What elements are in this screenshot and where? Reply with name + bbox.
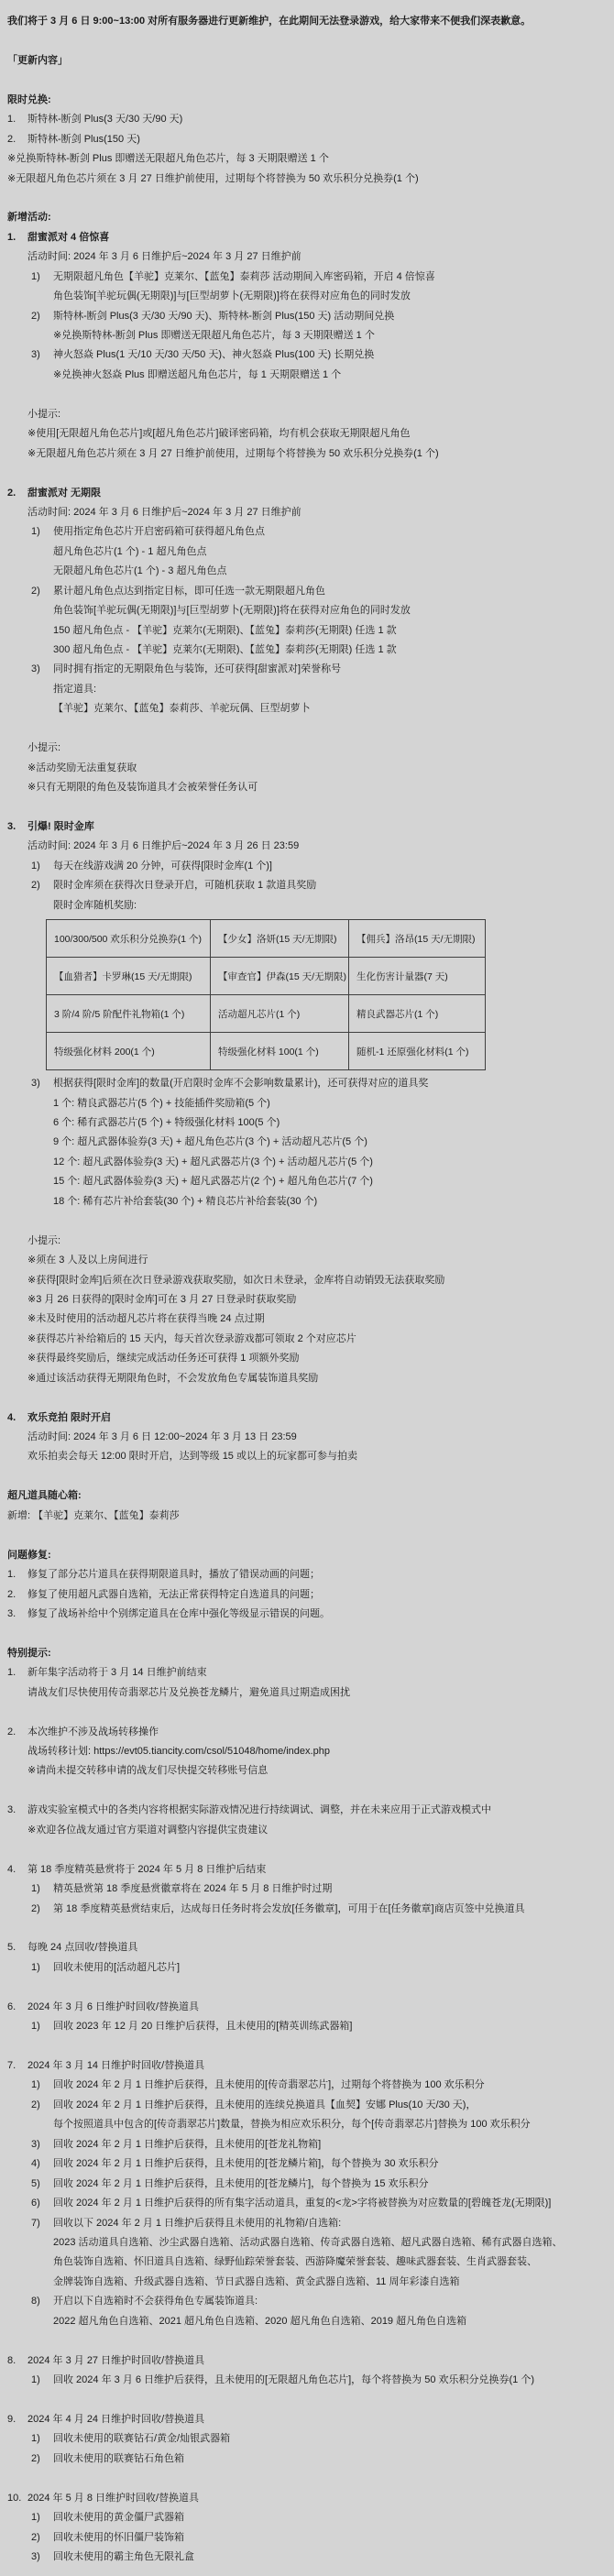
list-marker: 1. [7, 1663, 16, 1683]
list-marker: 1) [31, 857, 40, 876]
blank-line [0, 798, 614, 817]
doc-line: ※获得[限时金库]后须在次日登录游戏获取奖励，如次日未登录，金库将自动销毁无法获… [0, 1271, 614, 1290]
vault-rewards-table: 100/300/500 欢乐积分兑换券(1 个)【少女】洛妍(15 天/无期限)… [46, 919, 486, 1070]
line-text: 回收 2024 年 2 月 1 日维护后获得，且未使用的连续兑换道具【血契】安娜… [53, 2099, 476, 2110]
doc-line: 8.2024 年 3 月 27 日维护时回收/替换道具 [0, 2351, 614, 2371]
line-text: ※使用[无限超凡角色芯片]或[超凡角色芯片]破译密码箱，均有机会获取无期限超凡角… [27, 428, 410, 439]
line-text: ※只有无期限的角色及装饰道具才会被荣誉任务认可 [27, 782, 258, 793]
line-text: 回收以下 2024 年 2 月 1 日维护后获得且未使用的礼物箱/自选箱: [53, 2218, 341, 2229]
blank-line [0, 1781, 614, 1801]
line-text: 特别提示: [7, 1648, 51, 1659]
line-text: 欢乐拍卖会每天 12:00 限时开启，达到等级 15 或以上的玩家都可参与拍卖 [27, 1451, 357, 1462]
list-marker: 2) [31, 876, 40, 895]
doc-line: 小提示: [0, 739, 614, 758]
line-text: 神火怒焱 Plus(1 天/10 天/30 天/50 天)、神火怒焱 Plus(… [53, 349, 374, 360]
doc-line: ※只有无期限的角色及装饰道具才会被荣誉任务认可 [0, 778, 614, 797]
section-new-events: 新增活动: [0, 208, 614, 227]
doc-line: 1)回收未使用的联赛钻石/黄金/灿银武器箱 [0, 2429, 614, 2449]
blank-line [0, 2037, 614, 2056]
blank-line [0, 2331, 614, 2351]
list-marker: 1) [31, 2508, 40, 2527]
doc-line: 3)回收未使用的霸主角色无限礼盒 [0, 2548, 614, 2567]
doc-line: 10.2024 年 5 月 8 日维护时回收/替换道具 [0, 2489, 614, 2508]
line-text: 2023 活动道具自选箱、沙尘武器自选箱、活动武器自选箱、传奇武器自选箱、超凡武… [53, 2237, 563, 2248]
doc-line: 2)第 18 季度精英悬赏结束后，达成每日任务时将会发放[任务徽章]，可用于在[… [0, 1900, 614, 1919]
line-text: 300 超凡角色点 - 【羊驼】克莱尔(无期限)、【蓝兔】泰莉莎(无期限) 任选… [53, 644, 397, 655]
list-marker: 8) [31, 2292, 40, 2311]
doc-line: 2.修复了使用超凡武器自选箱，无法正常获得特定自选道具的问题； [0, 1585, 614, 1605]
list-marker: 7) [31, 2214, 40, 2233]
list-marker: 1) [31, 1880, 40, 1899]
list-marker: 4. [7, 1860, 16, 1880]
line-text: 6 个: 稀有武器芯片(5 个) + 特级强化材料 100(5 个) [53, 1117, 280, 1128]
doc-line: 1)回收未使用的黄金僵尸武器箱 [0, 2508, 614, 2527]
list-marker: 1) [31, 2371, 40, 2390]
line-text: 超凡道具随心箱: [7, 1490, 82, 1501]
blank-line [0, 31, 614, 50]
doc-line: ※兑换斯特林-断剑 Plus 即赠送无限超凡角色芯片，每 3 天期限赠送 1 个 [0, 149, 614, 169]
line-text: 小提示: [27, 742, 60, 753]
doc-line: 活动时间: 2024 年 3 月 6 日维护后~2024 年 3 月 26 日 … [0, 837, 614, 856]
doc-line: ※无限超凡角色芯片须在 3 月 27 日维护前使用，过期每个将替换为 50 欢乐… [0, 444, 614, 464]
list-marker: 6) [31, 2194, 40, 2213]
doc-line: 18 个: 稀有芯片补给套装(30 个) + 精良芯片补给套装(30 个) [0, 1192, 614, 1211]
line-text: 本次维护不涉及战场转移操作 [27, 1726, 159, 1737]
table-cell: 100/300/500 欢乐积分兑换券(1 个) [47, 920, 211, 958]
doc-line: 2)回收未使用的怀旧僵尸装饰箱 [0, 2528, 614, 2548]
line-text: 根据获得[限时金库]的数量(开启限时金库不会影响数量累计)，还可获得对应的道具奖 [53, 1078, 428, 1089]
line-text: 回收未使用的黄金僵尸武器箱 [53, 2512, 184, 2523]
blank-line [0, 1211, 614, 1231]
list-marker: 1) [31, 1958, 40, 1978]
line-text: 角色装饰[羊驼玩偶(无期限)]与[巨型胡萝卜(无期限)]将在获得对应角色的同时发… [53, 605, 411, 616]
line-text: 战场转移计划: https://evt05.tiancity.com/csol/… [27, 1746, 330, 1757]
line-text: ※请尚未提交转移申请的战友们尽快提交转移账号信息 [27, 1765, 268, 1776]
line-text: 每天在线游戏满 20 分钟，可获得[限时金库(1 个)] [53, 860, 272, 871]
line-text: 回收 2024 年 2 月 1 日维护后获得，且未使用的[传奇翡翠芯片]，过期每… [53, 2079, 485, 2090]
doc-line: 请战友们尽快使用传奇翡翠芯片及兑换苍龙鳞片，避免道具过期造成困扰 [0, 1683, 614, 1703]
blank-line [0, 1919, 614, 1938]
blank-line [0, 71, 614, 90]
blank-line [0, 189, 614, 208]
doc-line: 3)根据获得[限时金库]的数量(开启限时金库不会影响数量累计)，还可获得对应的道… [0, 1074, 614, 1093]
line-text: 角色装饰[羊驼玩偶(无期限)]与[巨型胡萝卜(无期限)]将在获得对应角色的同时发… [53, 290, 411, 301]
list-marker: 3. [7, 817, 16, 837]
doc-line: ※欢迎各位战友通过官方渠道对调整内容提供宝贵建议 [0, 1821, 614, 1840]
doc-line: 4)回收 2024 年 2 月 1 日维护后获得，且未使用的[苍龙鳞片箱]，每个… [0, 2154, 614, 2174]
line-text: 回收未使用的怀旧僵尸装饰箱 [53, 2532, 184, 2543]
blank-line [0, 1624, 614, 1643]
line-text: 小提示: [27, 1235, 60, 1246]
doc-line: ※获得最终奖励后，继续完成活动任务还可获得 1 项额外奖励 [0, 1349, 614, 1368]
line-text: 修复了使用超凡武器自选箱，无法正常获得特定自选道具的问题； [27, 1589, 320, 1600]
line-text: 新增活动: [7, 212, 51, 223]
doc-line: 1)回收 2024 年 3 月 6 日维护后获得，且未使用的[无限超凡角色芯片]… [0, 2371, 614, 2390]
line-text: 无期限超凡角色【羊驼】克莱尔、【蓝兔】泰莉莎 活动期间入库密码箱，开启 4 倍惊… [53, 271, 435, 282]
blank-line [0, 1467, 614, 1486]
doc-line: ※请尚未提交转移申请的战友们尽快提交转移账号信息 [0, 1761, 614, 1781]
doc-line: ※活动奖励无法重复获取 [0, 759, 614, 778]
doc-line: 150 超凡角色点 - 【羊驼】克莱尔(无期限)、【蓝兔】泰莉莎(无期限) 任选… [0, 621, 614, 641]
doc-line: 1 个: 精良武器芯片(5 个) + 技能插件奖励箱(5 个) [0, 1094, 614, 1113]
line-text: 第 18 季度精英悬赏结束后，达成每日任务时将会发放[任务徽章]，可用于在[任务… [53, 1903, 525, 1914]
table-cell: 随机-1 还原强化材料(1 个) [349, 1033, 486, 1070]
line-text: ※获得[限时金库]后须在次日登录游戏获取奖励，如次日未登录，金库将自动销毁无法获… [27, 1275, 444, 1286]
doc-line: 【羊驼】克莱尔、【蓝兔】泰莉莎、羊驼玩偶、巨型胡萝卜 [0, 699, 614, 718]
line-text: 同时拥有指定的无期限角色与装饰，还可获得[甜蜜派对]荣誉称号 [53, 663, 341, 674]
line-text: 限时兑换: [7, 94, 51, 105]
line-text: 2022 超凡角色自选箱、2021 超凡角色自选箱、2020 超凡角色自选箱、2… [53, 2316, 466, 2327]
event-4-title: 4.欢乐竞拍 限时开启 [0, 1409, 614, 1428]
doc-line: 6 个: 稀有武器芯片(5 个) + 特级强化材料 100(5 个) [0, 1113, 614, 1133]
blank-line [0, 719, 614, 739]
doc-line: 小提示: [0, 1232, 614, 1251]
list-marker: 1) [31, 268, 40, 287]
doc-line: ※兑换斯特林-断剑 Plus 即赠送无限超凡角色芯片，每 3 天期限赠送 1 个 [0, 326, 614, 345]
doc-line: ※通过该活动获得无期限角色时，不会发放角色专属装饰道具奖励 [0, 1369, 614, 1388]
line-text: 活动时间: 2024 年 3 月 6 日维护后~2024 年 3 月 27 日维… [27, 507, 302, 518]
list-marker: 4) [31, 2154, 40, 2174]
doc-line: 5)回收 2024 年 2 月 1 日维护后获得，且未使用的[苍龙鳞片]，每个替… [0, 2175, 614, 2194]
line-text: 每个按照道具中包含的[传奇翡翠芯片]数量，替换为相应欢乐积分，每个[传奇翡翠芯片… [53, 2119, 531, 2130]
line-text: 超凡角色芯片(1 个) - 1 超凡角色点 [53, 546, 206, 557]
table-cell: 特级强化材料 100(1 个) [211, 1033, 349, 1070]
line-text: 指定道具: [53, 684, 96, 695]
doc-line: 限时金库随机奖励: [0, 896, 614, 915]
line-text: ※获得最终奖励后，继续完成活动任务还可获得 1 项额外奖励 [27, 1353, 299, 1364]
doc-line: 7.2024 年 3 月 14 日维护时回收/替换道具 [0, 2056, 614, 2076]
list-marker: 10. [7, 2489, 21, 2508]
line-text: 15 个: 超凡武器体验券(3 天) + 超凡武器芯片(2 个) + 超凡角色芯… [53, 1176, 373, 1187]
line-text: 角色装饰自选箱、怀旧道具自选箱、绿野仙踪荣誉套装、西游降魔荣誉套装、趣味武器套装… [53, 2256, 537, 2267]
table-row: 【血猎者】卡罗琳(15 天/无期限)【审查官】伊森(15 天/无期限)生化伤害计… [47, 958, 486, 995]
event-2-title: 2.甜蜜派对 无期限 [0, 484, 614, 503]
doc-line: 每个按照道具中包含的[传奇翡翠芯片]数量，替换为相应欢乐积分，每个[传奇翡翠芯片… [0, 2115, 614, 2134]
doc-line: 3)回收 2024 年 2 月 1 日维护后获得，且未使用的[苍龙礼物箱] [0, 2135, 614, 2154]
line-text: 每晚 24 点回收/替换道具 [27, 1942, 137, 1953]
doc-line: 3)神火怒焱 Plus(1 天/10 天/30 天/50 天)、神火怒焱 Plu… [0, 345, 614, 365]
maintenance-intro: 我们将于 3 月 6 日 9:00~13:00 对所有服务器进行更新维护，在此期… [0, 12, 614, 31]
line-text: ※通过该活动获得无期限角色时，不会发放角色专属装饰道具奖励 [27, 1373, 318, 1384]
line-text: 2024 年 5 月 8 日维护时回收/替换道具 [27, 2493, 199, 2504]
doc-line: 2)限时金库须在获得次日登录开启，可随机获取 1 款道具奖励 [0, 876, 614, 895]
line-text: 金牌装饰自选箱、升级武器自选箱、节日武器自选箱、黄金武器自选箱、11 周年彩漆自… [53, 2276, 459, 2287]
doc-line: 7)回收以下 2024 年 2 月 1 日维护后获得且未使用的礼物箱/自选箱: [0, 2214, 614, 2233]
doc-line: 2)斯特林-断剑 Plus(3 天/30 天/90 天)、斯特林-断剑 Plus… [0, 307, 614, 326]
table-cell: 特级强化材料 200(1 个) [47, 1033, 211, 1070]
line-text: 新增: 【羊驼】克莱尔、【蓝兔】泰莉莎 [7, 1510, 180, 1521]
list-marker: 2. [7, 130, 16, 149]
line-text: 2024 年 3 月 6 日维护时回收/替换道具 [27, 2001, 199, 2012]
doc-line: 欢乐拍卖会每天 12:00 限时开启，达到等级 15 或以上的玩家都可参与拍卖 [0, 1447, 614, 1466]
doc-line: ※使用[无限超凡角色芯片]或[超凡角色芯片]破译密码箱，均有机会获取无期限超凡角… [0, 424, 614, 444]
doc-line: 指定道具: [0, 680, 614, 699]
transfer-plan-url: 战场转移计划: https://evt05.tiancity.com/csol/… [0, 1742, 614, 1761]
line-text: ※未及时使用的活动超凡芯片将在获得当晚 24 点过期 [27, 1313, 265, 1324]
line-text: 请战友们尽快使用传奇翡翠芯片及兑换苍龙鳞片，避免道具过期造成困扰 [27, 1687, 350, 1698]
line-text: 【羊驼】克莱尔、【蓝兔】泰莉莎、羊驼玩偶、巨型胡萝卜 [53, 703, 311, 714]
list-marker: 3. [7, 1801, 16, 1820]
doc-line: 金牌装饰自选箱、升级武器自选箱、节日武器自选箱、黄金武器自选箱、11 周年彩漆自… [0, 2273, 614, 2292]
line-text: 12 个: 超凡武器体验券(3 天) + 超凡武器芯片(3 个) + 活动超凡芯… [53, 1156, 373, 1167]
doc-line: 2.斯特林-断剑 Plus(150 天) [0, 130, 614, 149]
update-notice-document: 我们将于 3 月 6 日 9:00~13:00 对所有服务器进行更新维护，在此期… [0, 0, 614, 2576]
doc-line: 活动时间: 2024 年 3 月 6 日维护后~2024 年 3 月 27 日维… [0, 503, 614, 522]
list-marker: 6. [7, 1998, 16, 2017]
line-text: 斯特林-断剑 Plus(3 天/30 天/90 天) [27, 114, 182, 125]
line-text: 第 18 季度精英悬赏将于 2024 年 5 月 8 日维护后结束 [27, 1864, 266, 1875]
list-marker: 1) [31, 2076, 40, 2095]
list-marker: 1. [7, 1565, 16, 1584]
line-text: ※无限超凡角色芯片须在 3 月 27 日维护前使用，过期每个将替换为 50 欢乐… [27, 448, 439, 459]
doc-line: 8)开启以下自选箱时不会获得角色专属装饰道具: [0, 2292, 614, 2311]
doc-line: 2)回收 2024 年 2 月 1 日维护后获得，且未使用的连续兑换道具【血契】… [0, 2096, 614, 2115]
list-marker: 1. [7, 228, 16, 247]
list-marker: 3) [31, 345, 40, 365]
line-text: 限时金库须在获得次日登录开启，可随机获取 1 款道具奖励 [53, 880, 316, 891]
doc-line: 1)回收 2024 年 2 月 1 日维护后获得，且未使用的[传奇翡翠芯片]，过… [0, 2076, 614, 2095]
line-text: 开启以下自选箱时不会获得角色专属装饰道具: [53, 2296, 258, 2307]
list-marker: 2) [31, 2096, 40, 2115]
table-cell: 活动超凡芯片(1 个) [211, 995, 349, 1033]
table-cell: 【审查官】伊森(15 天/无期限) [211, 958, 349, 995]
line-text: 回收未使用的联赛钻石/黄金/灿银武器箱 [53, 2433, 230, 2444]
line-text: 1 个: 精良武器芯片(5 个) + 技能插件奖励箱(5 个) [53, 1098, 270, 1109]
line-text: 活动时间: 2024 年 3 月 6 日维护后~2024 年 3 月 26 日 … [27, 840, 299, 851]
line-text: 18 个: 稀有芯片补给套装(30 个) + 精良芯片补给套装(30 个) [53, 1196, 317, 1207]
list-marker: 3) [31, 2135, 40, 2154]
line-text: ※兑换神火怒焱 Plus 即赠送超凡角色芯片，每 1 天期限赠送 1 个 [53, 369, 341, 380]
doc-line: 1)回收 2023 年 12 月 20 日维护后获得，且未使用的[精英训练武器箱… [0, 2017, 614, 2036]
doc-line: 角色装饰[羊驼玩偶(无期限)]与[巨型胡萝卜(无期限)]将在获得对应角色的同时发… [0, 601, 614, 620]
line-text: 2024 年 4 月 24 日维护时回收/替换道具 [27, 2414, 204, 2425]
doc-line: 12 个: 超凡武器体验券(3 天) + 超凡武器芯片(3 个) + 活动超凡芯… [0, 1153, 614, 1172]
doc-line: 角色装饰[羊驼玩偶(无期限)]与[巨型胡萝卜(无期限)]将在获得对应角色的同时发… [0, 287, 614, 306]
blank-line [0, 1703, 614, 1722]
line-text: ※须在 3 人及以上房间进行 [27, 1255, 148, 1266]
line-text: ※获得芯片补给箱后的 15 天内，每天首次登录游戏都可领取 2 个对应芯片 [27, 1333, 356, 1344]
section-special-notes: 特别提示: [0, 1644, 614, 1663]
table-row: 特级强化材料 200(1 个)特级强化材料 100(1 个)随机-1 还原强化材… [47, 1033, 486, 1070]
list-marker: 2. [7, 1723, 16, 1742]
table-cell: 【血猎者】卡罗琳(15 天/无期限) [47, 958, 211, 995]
doc-line: 1.斯特林-断剑 Plus(3 天/30 天/90 天) [0, 110, 614, 129]
blank-line [0, 1840, 614, 1859]
doc-line: 1)回收未使用的[活动超凡芯片] [0, 1958, 614, 1978]
line-text: 回收 2023 年 12 月 20 日维护后获得，且未使用的[精英训练武器箱] [53, 2021, 352, 2032]
line-text: 活动时间: 2024 年 3 月 6 日 12:00~2024 年 3 月 13… [27, 1431, 297, 1442]
line-text: 回收未使用的[活动超凡芯片] [53, 1962, 180, 1973]
doc-line: 9.2024 年 4 月 24 日维护时回收/替换道具 [0, 2410, 614, 2429]
doc-line: 1)使用指定角色芯片开启密码箱可获得超凡角色点 [0, 522, 614, 542]
table-cell: 【少女】洛妍(15 天/无期限) [211, 920, 349, 958]
line-text: 修复了部分芯片道具在获得期限道具时，播放了错误动画的问题； [27, 1569, 320, 1580]
list-marker: 1) [31, 2017, 40, 2036]
list-marker: 9. [7, 2410, 16, 2429]
line-text: 欢乐竞拍 限时开启 [27, 1412, 111, 1423]
blank-line [0, 2390, 614, 2409]
line-text: ※欢迎各位战友通过官方渠道对调整内容提供宝贵建议 [27, 1825, 268, 1836]
table-cell: 3 阶/4 阶/5 阶配件礼物箱(1 个) [47, 995, 211, 1033]
update-content-title: 「更新内容」 [0, 51, 614, 71]
doc-line: 300 超凡角色点 - 【羊驼】克莱尔(无期限)、【蓝兔】泰莉莎(无期限) 任选… [0, 641, 614, 660]
list-marker: 2) [31, 2450, 40, 2469]
line-text: 累计超凡角色点达到指定目标，即可任选一款无期限超凡角色 [53, 586, 325, 597]
doc-line: 角色装饰自选箱、怀旧道具自选箱、绿野仙踪荣誉套装、西游降魔荣誉套装、趣味武器套装… [0, 2253, 614, 2272]
list-marker: 3) [31, 1074, 40, 1093]
line-text: 回收 2024 年 2 月 1 日维护后获得，且未使用的[苍龙礼物箱] [53, 2139, 321, 2150]
line-text: 修复了战场补给中个别绑定道具在仓库中强化等级显示错误的问题。 [27, 1608, 330, 1619]
line-text: ※活动奖励无法重复获取 [27, 762, 137, 773]
doc-line: 小提示: [0, 405, 614, 424]
line-text: ※兑换斯特林-断剑 Plus 即赠送无限超凡角色芯片，每 3 天期限赠送 1 个 [53, 330, 375, 341]
line-text: 斯特林-断剑 Plus(3 天/30 天/90 天)、斯特林-断剑 Plus(1… [53, 311, 394, 322]
doc-line: 3)同时拥有指定的无期限角色与装饰，还可获得[甜蜜派对]荣誉称号 [0, 660, 614, 679]
list-marker: 5) [31, 2175, 40, 2194]
list-marker: 2) [31, 2528, 40, 2548]
list-marker: 7. [7, 2056, 16, 2076]
line-text: 回收未使用的霸主角色无限礼盒 [53, 2551, 194, 2562]
doc-line: 活动时间: 2024 年 3 月 6 日维护后~2024 年 3 月 27 日维… [0, 247, 614, 267]
doc-line: 2)累计超凡角色点达到指定目标，即可任选一款无期限超凡角色 [0, 582, 614, 601]
doc-line: 15 个: 超凡武器体验券(3 天) + 超凡武器芯片(2 个) + 超凡角色芯… [0, 1172, 614, 1191]
doc-line: 1.修复了部分芯片道具在获得期限道具时，播放了错误动画的问题； [0, 1565, 614, 1584]
doc-line: 2.本次维护不涉及战场转移操作 [0, 1723, 614, 1742]
doc-line: 3.游戏实验室模式中的各类内容将根据实际游戏情况进行持续调试、调整，并在未来应用… [0, 1801, 614, 1820]
doc-line: 3.修复了战场补给中个别绑定道具在仓库中强化等级显示错误的问题。 [0, 1605, 614, 1624]
section-random-box: 超凡道具随心箱: [0, 1486, 614, 1506]
list-marker: 1. [7, 110, 16, 129]
blank-line [0, 464, 614, 483]
table-cell: 【佣兵】洛昂(15 天/无期限) [349, 920, 486, 958]
doc-line: ※未及时使用的活动超凡芯片将在获得当晚 24 点过期 [0, 1310, 614, 1329]
doc-line: 1)精英悬赏第 18 季度悬赏徽章将在 2024 年 5 月 8 日维护时过期 [0, 1880, 614, 1899]
doc-line: 活动时间: 2024 年 3 月 6 日 12:00~2024 年 3 月 13… [0, 1428, 614, 1447]
list-marker: 1) [31, 522, 40, 542]
blank-line [0, 385, 614, 404]
list-marker: 2. [7, 484, 16, 503]
list-marker: 3. [7, 1605, 16, 1624]
event-1-title: 1.甜蜜派对 4 倍惊喜 [0, 228, 614, 247]
table-cell: 精良武器芯片(1 个) [349, 995, 486, 1033]
doc-line: 2023 活动道具自选箱、沙尘武器自选箱、活动武器自选箱、传奇武器自选箱、超凡武… [0, 2233, 614, 2253]
table-cell: 生化伤害计量器(7 天) [349, 958, 486, 995]
doc-line: ※须在 3 人及以上房间进行 [0, 1251, 614, 1270]
line-text: 游戏实验室模式中的各类内容将根据实际游戏情况进行持续调试、调整，并在未来应用于正… [27, 1804, 491, 1815]
doc-line: ※获得芯片补给箱后的 15 天内，每天首次登录游戏都可领取 2 个对应芯片 [0, 1330, 614, 1349]
line-text: 新年集字活动将于 3 月 14 日维护前结束 [27, 1667, 207, 1678]
doc-line: ※兑换神火怒焱 Plus 即赠送超凡角色芯片，每 1 天期限赠送 1 个 [0, 366, 614, 385]
table-row: 100/300/500 欢乐积分兑换券(1 个)【少女】洛妍(15 天/无期限)… [47, 920, 486, 958]
line-text: 引爆! 限时金库 [27, 821, 94, 832]
line-text: 回收 2024 年 2 月 1 日维护后获得，且未使用的[苍龙鳞片箱]，每个替换… [53, 2158, 439, 2169]
line-text: ※兑换斯特林-断剑 Plus 即赠送无限超凡角色芯片，每 3 天期限赠送 1 个 [7, 153, 329, 164]
line-text: 回收 2024 年 3 月 6 日维护后获得，且未使用的[无限超凡角色芯片]，每… [53, 2374, 534, 2385]
line-text: 2024 年 3 月 27 日维护时回收/替换道具 [27, 2355, 204, 2366]
line-text: 回收 2024 年 2 月 1 日维护后获得的所有集字活动道具，重复的<龙>字将… [53, 2198, 551, 2209]
line-text: 「更新内容」 [7, 55, 68, 66]
list-marker: 4. [7, 1409, 16, 1428]
doc-line: 新增: 【羊驼】克莱尔、【蓝兔】泰莉莎 [0, 1507, 614, 1526]
list-marker: 2) [31, 307, 40, 326]
doc-line: 超凡角色芯片(1 个) - 1 超凡角色点 [0, 543, 614, 562]
doc-line: 6)回收 2024 年 2 月 1 日维护后获得的所有集字活动道具，重复的<龙>… [0, 2194, 614, 2213]
doc-line: 2022 超凡角色自选箱、2021 超凡角色自选箱、2020 超凡角色自选箱、2… [0, 2312, 614, 2331]
line-text: 150 超凡角色点 - 【羊驼】克莱尔(无期限)、【蓝兔】泰莉莎(无期限) 任选… [53, 625, 397, 636]
line-text: 小提示: [27, 409, 60, 420]
list-marker: 2. [7, 1585, 16, 1605]
blank-line [0, 2469, 614, 2488]
line-text: 9 个: 超凡武器体验券(3 天) + 超凡角色芯片(3 个) + 活动超凡芯片… [53, 1136, 367, 1147]
blank-line [0, 1526, 614, 1545]
line-text: 2024 年 3 月 14 日维护时回收/替换道具 [27, 2060, 204, 2071]
line-text: 活动时间: 2024 年 3 月 6 日维护后~2024 年 3 月 27 日维… [27, 251, 302, 262]
doc-line: 1.新年集字活动将于 3 月 14 日维护前结束 [0, 1663, 614, 1683]
line-text: 问题修复: [7, 1550, 51, 1561]
line-text: 使用指定角色芯片开启密码箱可获得超凡角色点 [53, 526, 265, 537]
doc-line: ※无限超凡角色芯片须在 3 月 27 日维护前使用，过期每个将替换为 50 欢乐… [0, 170, 614, 189]
section-limited-exchange: 限时兑换: [0, 91, 614, 110]
list-marker: 2) [31, 1900, 40, 1919]
doc-line: 2)回收未使用的联赛钻石角色箱 [0, 2450, 614, 2469]
doc-line: 4.第 18 季度精英悬赏将于 2024 年 5 月 8 日维护后结束 [0, 1860, 614, 1880]
list-marker: 2) [31, 582, 40, 601]
line-text: ※无限超凡角色芯片须在 3 月 27 日维护前使用，过期每个将替换为 50 欢乐… [7, 173, 419, 184]
line-text: 我们将于 3 月 6 日 9:00~13:00 对所有服务器进行更新维护，在此期… [7, 16, 531, 27]
line-text: 斯特林-断剑 Plus(150 天) [27, 134, 140, 145]
line-text: 甜蜜派对 4 倍惊喜 [27, 232, 109, 243]
doc-line: 1)无期限超凡角色【羊驼】克莱尔、【蓝兔】泰莉莎 活动期间入库密码箱，开启 4 … [0, 268, 614, 287]
line-text: 甜蜜派对 无期限 [27, 488, 101, 499]
line-text: 限时金库随机奖励: [53, 900, 137, 911]
line-text: 回收 2024 年 2 月 1 日维护后获得，且未使用的[苍龙鳞片]，每个替换为… [53, 2178, 429, 2189]
line-text: 无限超凡角色芯片(1 个) - 3 超凡角色点 [53, 565, 226, 576]
list-marker: 1) [31, 2429, 40, 2449]
table-row: 3 阶/4 阶/5 阶配件礼物箱(1 个)活动超凡芯片(1 个)精良武器芯片(1… [47, 995, 486, 1033]
doc-line: ※3 月 26 日获得的[限时金库]可在 3 月 27 日登录时获取奖励 [0, 1290, 614, 1310]
list-marker: 8. [7, 2351, 16, 2371]
doc-line: 5.每晚 24 点回收/替换道具 [0, 1938, 614, 1957]
line-text: 精英悬赏第 18 季度悬赏徽章将在 2024 年 5 月 8 日维护时过期 [53, 1883, 332, 1894]
doc-line: 1)每天在线游戏满 20 分钟，可获得[限时金库(1 个)] [0, 857, 614, 876]
doc-line: 9 个: 超凡武器体验券(3 天) + 超凡角色芯片(3 个) + 活动超凡芯片… [0, 1133, 614, 1152]
list-marker: 3) [31, 660, 40, 679]
line-text: ※3 月 26 日获得的[限时金库]可在 3 月 27 日登录时获取奖励 [27, 1294, 296, 1305]
blank-line [0, 1978, 614, 1997]
doc-line: 6.2024 年 3 月 6 日维护时回收/替换道具 [0, 1998, 614, 2017]
line-text: 回收未使用的联赛钻石角色箱 [53, 2453, 184, 2464]
doc-line: 无限超凡角色芯片(1 个) - 3 超凡角色点 [0, 562, 614, 581]
list-marker: 3) [31, 2548, 40, 2567]
event-3-title: 3.引爆! 限时金库 [0, 817, 614, 837]
section-bug-fixes: 问题修复: [0, 1546, 614, 1565]
list-marker: 5. [7, 1938, 16, 1957]
blank-line [0, 1388, 614, 1408]
